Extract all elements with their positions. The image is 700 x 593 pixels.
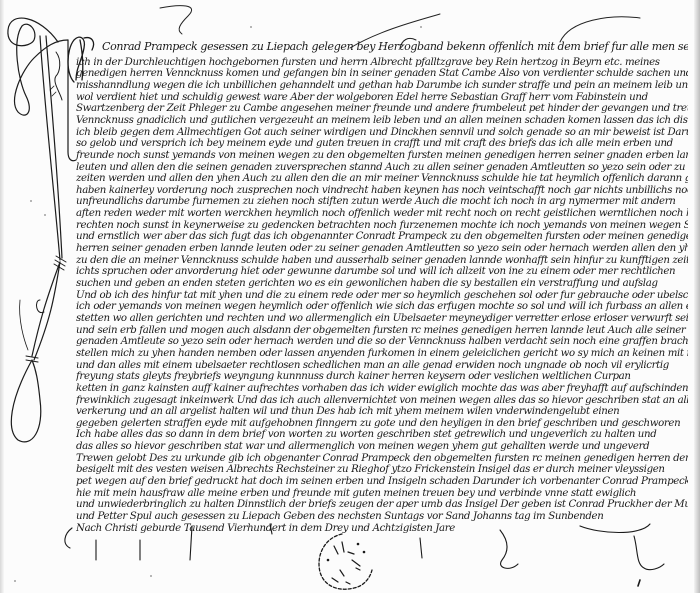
scan-right-edge <box>694 0 700 593</box>
scan-speck <box>250 26 252 28</box>
scan-speck <box>14 580 16 582</box>
scan-speck <box>520 40 522 42</box>
seal-icon <box>312 530 382 593</box>
scan-speck <box>150 575 152 577</box>
manuscript-page: Conrad Prampeck gesessen zu Liepach gele… <box>0 0 700 593</box>
manuscript-line: Conrad Prampeck gesessen zu Liepach gele… <box>102 40 688 54</box>
scan-speck <box>44 214 46 216</box>
scan-speck <box>30 200 32 202</box>
scan-speck <box>420 26 422 28</box>
